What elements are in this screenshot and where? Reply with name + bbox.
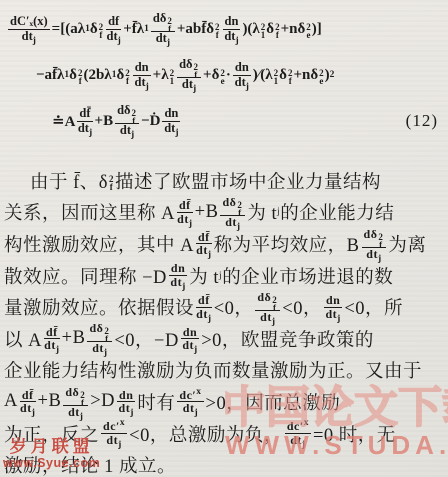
math-token: dtj — [235, 76, 249, 89]
fraction: dδ2fdtj — [362, 228, 387, 261]
fraction: dδ2fdtj — [220, 196, 245, 229]
math-token: f — [132, 117, 135, 125]
math-token: df̄ — [46, 325, 58, 339]
math-token: =[(aλ — [52, 21, 85, 38]
math-token: 的企业能力结 — [280, 199, 394, 225]
fraction: df̄dtj — [196, 294, 212, 320]
sup-sub-stack: 2f — [104, 327, 109, 343]
formula-line: 由于 f̄、δ2f 描述了欧盟市场中企业力量结构 — [0, 165, 448, 197]
math-token: dδ — [153, 11, 166, 25]
math-token: f — [194, 71, 197, 79]
math-token: dδ2f — [63, 386, 88, 406]
math-token: <0， — [214, 294, 254, 320]
fraction: dndtj — [162, 107, 180, 134]
math-token: j — [246, 82, 249, 92]
sup-sub-stack: 2f — [275, 23, 280, 39]
math-token: dt — [119, 401, 131, 415]
fraction: dδ2fdtj — [115, 104, 139, 137]
math-token: j — [130, 408, 134, 418]
math-token: dtj — [325, 308, 340, 321]
math-token: dtj — [196, 244, 211, 257]
math-token: dn — [233, 61, 251, 75]
math-token: ) — [325, 67, 330, 84]
math-token: )∕(λ — [253, 67, 273, 84]
math-token: x — [120, 418, 125, 428]
math-token: dt — [224, 29, 235, 43]
math-token: dt — [120, 123, 131, 137]
fraction: dδ2fdtj — [151, 12, 175, 45]
fraction: dδ2fdtj — [87, 322, 112, 355]
math-token: f — [238, 209, 242, 217]
math-token: dn — [324, 294, 342, 308]
formula-line: ≐Adf̄dtj+Bdδ2fdtj−Ḋdndtj(12) — [0, 98, 448, 144]
equation-number: (12) — [406, 111, 448, 131]
math-token: dtj — [196, 308, 211, 321]
math-token: dt — [156, 31, 167, 45]
fraction: dfdtj — [106, 15, 121, 42]
math-token: dt — [20, 401, 32, 415]
math-token: dδ — [364, 227, 378, 241]
math-token: j — [208, 250, 212, 260]
math-token: j — [189, 219, 193, 229]
math-token: +δ — [203, 67, 219, 84]
math-token: df̄ — [198, 230, 210, 244]
math-token: dtj — [78, 122, 92, 135]
math-token: dtj — [44, 339, 59, 352]
watermark-chinese-text: 中国论文下载 — [222, 386, 448, 430]
math-token: dn — [235, 60, 249, 74]
math-token: +abf̄δ — [177, 21, 214, 38]
math-token: dt — [225, 215, 237, 229]
math-token: f — [126, 77, 129, 85]
sup-sub-stack: 2f — [194, 63, 199, 79]
math-token: +B — [95, 113, 114, 130]
math-token: dδ2f — [177, 58, 201, 78]
formula-line: 企业能力结构性激励为负而数量激励为正。又由于 — [0, 355, 448, 387]
math-token: 量激励效应。依据假设 — [4, 294, 194, 320]
math-token: +f̄λ — [123, 21, 144, 38]
stamp-title: 岁月联盟 — [3, 438, 100, 457]
math-token: ≐A — [52, 112, 75, 131]
math-token: 为 t — [189, 263, 219, 289]
fraction: dndtj — [117, 389, 135, 415]
math-token: dn — [181, 326, 199, 340]
math-token: dt — [164, 121, 175, 135]
formula-line: 构性激励效应，其中 Adf̄dtj 称为平均效应，Bdδ2fdtj 为离 — [0, 228, 448, 260]
sup-sub-stack: 21 — [274, 69, 279, 85]
math-token: +nδ — [281, 21, 306, 38]
sup-sub-stack: 2e — [220, 69, 225, 85]
math-token: df̄ — [179, 198, 191, 212]
math-token: f — [216, 31, 219, 39]
math-token: <0，所 — [344, 294, 403, 320]
math-token: dtj — [177, 213, 192, 226]
math-token: dtj — [106, 434, 121, 447]
fraction: dδ2fdtj — [63, 386, 88, 419]
math-token: x — [196, 387, 201, 397]
sup-sub-stack: 2f — [237, 201, 242, 217]
sup-sub-stack: 2f — [80, 391, 85, 407]
math-token: dc′x — [101, 420, 127, 434]
math-token: e — [319, 77, 323, 85]
math-token: dc′x — [177, 389, 203, 403]
sup-sub-stack: 2e — [319, 69, 324, 85]
math-token: dδ — [89, 321, 103, 335]
math-token: dtj — [183, 402, 198, 415]
math-token: f — [289, 77, 292, 85]
math-token: )(λ — [242, 21, 259, 38]
math-token: f — [81, 399, 85, 407]
math-token: +λ — [153, 67, 169, 84]
math-token: dt — [182, 77, 193, 91]
math-token: dtj — [224, 30, 238, 43]
math-token: )] — [312, 21, 322, 38]
math-token: j — [56, 345, 60, 355]
math-token: dn — [225, 14, 239, 28]
fraction: dndtj — [233, 61, 251, 88]
math-token: j — [208, 314, 212, 324]
math-token: df — [106, 15, 121, 29]
math-token: j — [33, 36, 36, 46]
formula-line: 散效应。同理称 −Ddndtj 为 tj 的企业市场进退的数 — [0, 260, 448, 292]
fraction: dδ2fdtj — [177, 58, 201, 91]
math-token: j — [235, 36, 238, 46]
site-stamp: 岁月联盟 www.Syue.com — [3, 438, 100, 470]
sup-sub-stack: 2f — [132, 109, 137, 125]
math-token: dt — [68, 405, 80, 419]
math-token: dn — [169, 262, 187, 276]
math-token: dt — [170, 275, 182, 289]
math-token: df̄ — [196, 294, 212, 308]
math-token: >D — [90, 391, 115, 412]
math-token: 1 — [261, 31, 266, 39]
math-token: 由于 f̄、δ — [30, 168, 108, 194]
math-token: df̄ — [77, 107, 92, 121]
math-token: dn — [162, 107, 180, 121]
math-token: dδ — [222, 195, 236, 209]
math-token: A — [4, 391, 18, 412]
sup-sub-stack: 2f — [109, 175, 114, 191]
math-token: 为离 — [388, 231, 426, 257]
formula-line: 关系，因而这里称 Adf̄dtj+Bdδ2fdtj 为 tj 的企业能力结 — [0, 197, 448, 229]
math-token: j — [193, 84, 196, 94]
math-token: +B — [38, 391, 62, 412]
math-token: dδ2f — [362, 228, 387, 248]
math-token: dc′ — [103, 419, 120, 433]
math-token: dn — [223, 15, 241, 29]
math-token: dt — [177, 212, 189, 226]
math-token: dt — [325, 307, 337, 321]
fraction: df̄dtj — [196, 231, 212, 257]
math-token: df̄ — [196, 231, 212, 245]
math-token: dn — [326, 293, 340, 307]
math-token: 以 A — [4, 326, 42, 352]
math-token: dn — [171, 261, 185, 275]
math-token: f — [79, 77, 82, 85]
math-token: dtj — [182, 339, 197, 352]
math-token: dn — [164, 106, 178, 120]
math-token: dδ2f — [115, 104, 139, 124]
math-token: j — [32, 408, 36, 418]
math-token: · — [226, 67, 231, 84]
math-token: df̄ — [198, 293, 210, 307]
formula-line: −af̄λ1δ2f(2bλ1δ2fdndtj+λ21dδ2fdtj+δ2e·dn… — [0, 52, 448, 98]
math-token: dt — [183, 401, 195, 415]
math-token: dC′ₓ(x) — [10, 14, 48, 28]
formula-line: dC′ₓ(x)dtj=[(aλ1δ2fdfdtj+f̄λ1dδ2fdtj+abf… — [0, 6, 448, 52]
math-token: >0，欧盟竞争政策的 — [201, 326, 374, 352]
math-token: f — [99, 31, 102, 39]
fraction: dndtj — [223, 15, 241, 42]
math-token: 时有 — [137, 389, 175, 415]
math-token: dδ — [179, 57, 192, 71]
math-token: e — [307, 31, 311, 39]
math-token: df̄ — [20, 389, 36, 403]
math-token: δ — [116, 67, 124, 84]
math-token: δ — [69, 67, 77, 84]
watermark-site-url: WWW.STUDA. — [225, 430, 448, 461]
math-token: dn — [117, 389, 135, 403]
math-token: j — [89, 128, 92, 138]
sup-sub-stack: 2f — [288, 69, 293, 85]
sup-sub-stack: 2f — [272, 296, 277, 312]
math-token: 1 — [170, 77, 175, 85]
math-token: dδ — [117, 103, 130, 117]
math-token: dt — [182, 338, 194, 352]
math-token: 1 — [274, 77, 279, 85]
math-token: dδ2f — [87, 322, 112, 342]
math-token: dt — [196, 243, 208, 257]
math-token: dtj — [170, 276, 185, 289]
math-token: e — [221, 77, 225, 85]
math-token: j — [118, 36, 121, 46]
fraction: dndtj — [324, 294, 342, 320]
math-token: f — [110, 183, 114, 191]
math-token: dtj — [22, 30, 36, 43]
math-token: dδ2f — [151, 12, 175, 32]
math-token: j — [167, 38, 170, 48]
math-token: j — [118, 440, 122, 450]
math-token: f — [168, 25, 171, 33]
fraction: dc′xdtj — [101, 420, 127, 446]
math-token: f — [379, 241, 383, 249]
math-token: dt — [196, 307, 208, 321]
math-token: (2bλ — [83, 67, 111, 84]
math-token: dn — [133, 61, 151, 75]
math-token: +B — [195, 202, 219, 223]
math-token: df̄ — [177, 199, 193, 213]
stamp-url: www.Syue.com — [3, 457, 100, 471]
fraction: dc′xdtj — [177, 389, 203, 415]
math-token: dtj — [20, 402, 35, 415]
sup-sub-stack: 2f — [99, 23, 104, 39]
math-token: +nδ — [293, 67, 318, 84]
math-token: dt — [366, 247, 378, 261]
math-token: 为 t — [247, 199, 277, 225]
math-token: δ — [279, 67, 287, 84]
fraction: df̄dtj — [77, 107, 92, 134]
math-token: dtj — [164, 122, 178, 135]
math-token: dtj — [107, 30, 121, 43]
math-token: dt — [22, 29, 33, 43]
math-token: dt — [235, 75, 246, 89]
fraction: dδ2fdtj — [255, 291, 280, 324]
math-token: 企业能力结构性激励为负而数量激励为正。又由于 — [4, 357, 422, 383]
math-token: j — [182, 282, 186, 292]
math-token: 称为平均效应，B — [214, 231, 360, 257]
math-token: −af̄λ — [36, 67, 64, 84]
formula-line: 以 Adf̄dtj+Bdδ2fdtj <0，−Ddndtj >0，欧盟竞争政策的 — [0, 323, 448, 355]
math-token: dtj — [119, 402, 134, 415]
sup-sub-stack: 2f — [78, 69, 83, 85]
sup-sub-stack: 21 — [261, 23, 266, 39]
math-token: j — [337, 314, 341, 324]
fraction: df̄dtj — [177, 199, 193, 225]
math-token: f — [105, 335, 109, 343]
math-token: df̄ — [44, 326, 60, 340]
math-token: j — [194, 345, 198, 355]
math-token: dC′ₓ(x) — [8, 15, 50, 29]
sup-sub-stack: 2f — [215, 23, 220, 39]
fraction: df̄dtj — [20, 389, 36, 415]
math-token: df — [108, 14, 119, 28]
math-token: j — [175, 128, 178, 138]
math-token: dc′ — [179, 388, 196, 402]
math-token: df̄ — [22, 388, 34, 402]
math-token: +B — [62, 328, 86, 349]
math-token: f — [276, 31, 279, 39]
math-token: dt — [92, 341, 104, 355]
math-token: dn — [183, 325, 197, 339]
math-token: <0， — [282, 294, 322, 320]
math-token: dt — [135, 75, 146, 89]
math-token: 关系，因而这里称 A — [4, 199, 175, 225]
math-token: 描述了欧盟市场中企业力量结构 — [115, 168, 381, 194]
fraction: dC′ₓ(x)dtj — [8, 15, 50, 42]
math-token: dt — [106, 433, 118, 447]
math-token: f — [273, 304, 277, 312]
fraction: dndtj — [181, 326, 199, 352]
math-token: dδ2f — [255, 291, 280, 311]
fraction: df̄dtj — [44, 326, 60, 352]
sup-sub-stack: 2f — [125, 69, 130, 85]
sup-sub-stack: 2f — [378, 233, 383, 249]
math-token: dδ2f — [220, 196, 245, 216]
math-token: 的企业市场进退的数 — [222, 263, 393, 289]
math-token: −Ḋ — [141, 113, 160, 130]
math-token: dt — [260, 310, 272, 324]
math-token: 构性激励效应，其中 A — [4, 231, 194, 257]
math-token: <0，−D — [114, 326, 178, 352]
fraction: dndtj — [133, 61, 151, 88]
math-token: df̄ — [79, 106, 90, 120]
sup-sub-stack: 2e — [306, 23, 311, 39]
sup-sub-stack: 21 — [170, 69, 175, 85]
math-token: dtj — [135, 76, 149, 89]
sup-sub-stack: 2f — [167, 17, 172, 33]
math-token: dt — [44, 338, 56, 352]
math-token: dt — [78, 121, 89, 135]
math-token: dδ — [257, 290, 271, 304]
formula-line: 量激励效应。依据假设 df̄dtj<0，dδ2fdtj<0，dndtj<0，所 — [0, 291, 448, 323]
math-token: δ — [266, 21, 274, 38]
scanned-paper-page: dC′ₓ(x)dtj=[(aλ1δ2fdfdtj+f̄λ1dδ2fdtj+abf… — [0, 0, 448, 477]
math-token: j — [146, 82, 149, 92]
math-token: 散效应。同理称 −D — [4, 263, 167, 289]
math-token: δ — [90, 21, 98, 38]
math-token: dδ — [65, 385, 79, 399]
math-token: j — [194, 408, 198, 418]
math-token: dn — [135, 60, 149, 74]
equation-block: dC′ₓ(x)dtj=[(aλ1δ2fdfdtj+f̄λ1dδ2fdtj+abf… — [0, 0, 448, 144]
math-token: j — [131, 130, 134, 140]
fraction: dndtj — [169, 262, 187, 288]
math-token: dt — [107, 29, 118, 43]
math-token: dn — [119, 388, 133, 402]
